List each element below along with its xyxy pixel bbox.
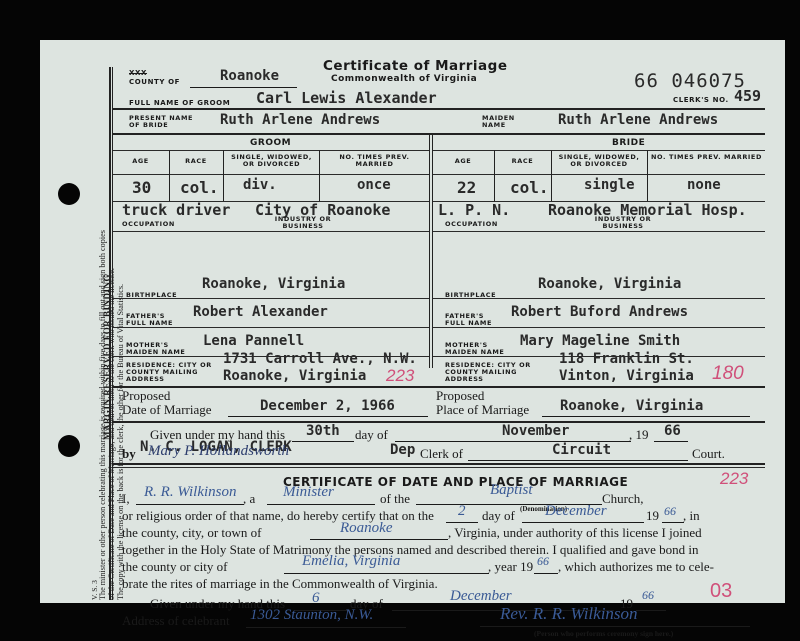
ceremony-day-underline	[446, 522, 478, 523]
bride-residence-line2: Vinton, Virginia	[559, 368, 694, 384]
dep-label: Dep	[390, 442, 415, 458]
bride-maiden-name: Ruth Arlene Andrews	[558, 112, 718, 128]
groom-header: GROOM	[250, 138, 291, 148]
groom-occupation-label: Occupation	[122, 221, 175, 228]
bride-times-label: No. Times Prev. Married	[648, 154, 765, 161]
ceremony-code-bottom: 03	[710, 580, 732, 603]
celebrant-signature: Rev. R. R. Wilkinson	[500, 604, 638, 624]
col-divider	[319, 150, 320, 201]
court-label: Court.	[692, 446, 725, 462]
center-divider	[429, 135, 430, 368]
bride-race: col.	[510, 178, 549, 197]
ceremony-given-day: 6	[312, 590, 320, 607]
groom-age: 30	[132, 178, 151, 197]
bride-occupation: L. P. N.	[438, 201, 510, 219]
col-divider	[494, 150, 495, 201]
margin-instructions-1: The minister or other person celebrating…	[98, 230, 107, 600]
groom-industry-label: Industry or Business	[268, 216, 338, 230]
address-underline	[246, 627, 406, 628]
groom-birthplace: Roanoke, Virginia	[202, 276, 345, 292]
celebrant-address-label: Address of celebrant	[122, 613, 230, 629]
rule	[113, 327, 429, 328]
ceremony-line6: brate the rites of marriage in the Commo…	[122, 576, 438, 592]
bride-maiden-name-label: Maiden Name	[482, 115, 522, 129]
bride-header: BRIDE	[612, 138, 645, 148]
place-underline	[542, 416, 750, 417]
county-value: Roanoke	[220, 68, 279, 84]
license-year-prefix: , 19	[629, 427, 649, 443]
bride-father-label: Father's Full Name	[445, 313, 495, 327]
groom-mother-label: Mother's Maiden Name	[126, 342, 196, 356]
county-struck-label: XXX	[129, 70, 147, 77]
ceremony-month: December	[545, 503, 607, 520]
day-underline	[292, 441, 354, 442]
ceremony-line4: together in the Holy State of Matrimony …	[122, 542, 699, 558]
proposed-date: December 2, 1966	[260, 398, 395, 414]
groom-status: div.	[243, 177, 277, 193]
signature-label: (Person who performs ceremony sign here.…	[534, 629, 673, 638]
groom-status-label: Single, Widowed, or Divorced	[224, 154, 319, 168]
ceremony-in: , in	[683, 508, 700, 524]
certificate-title: Certificate of Marriage	[323, 58, 508, 74]
deputy-signature: Mary P. Hollandsworth	[148, 443, 289, 460]
rule	[113, 298, 429, 299]
margin-rule	[109, 67, 111, 600]
bride-times: none	[687, 177, 721, 193]
groom-times: once	[357, 177, 391, 193]
col-divider	[223, 150, 224, 201]
rule	[433, 298, 765, 299]
margin-rule-inner	[112, 67, 113, 600]
bride-birthplace: Roanoke, Virginia	[538, 276, 681, 292]
ceremony-year-prefix: 19	[646, 508, 659, 524]
bride-industry-label: Industry or Business	[588, 216, 658, 230]
ceremony-line3-suffix: , Virginia, under authority of this lice…	[448, 525, 702, 541]
rule	[113, 108, 765, 110]
court-underline	[468, 460, 688, 461]
rule	[433, 150, 765, 151]
proposed-place-label-2: Place of Marriage	[436, 402, 529, 418]
groom-residence-code: 223	[386, 366, 414, 386]
bride-occupation-label: Occupation	[445, 221, 498, 228]
bride-status: single	[584, 177, 635, 193]
county-label: County of	[129, 79, 180, 86]
bride-residence-label: Residence: City or County Mailing Addres…	[445, 362, 535, 383]
proposed-date-label-2: Date of Marriage	[122, 402, 212, 418]
proposed-place: Roanoke, Virginia	[560, 398, 703, 414]
col-divider	[169, 150, 170, 201]
rule	[113, 174, 429, 175]
bride-status-label: Single, Widowed, or Divorced	[552, 154, 646, 168]
ceremony-code-top: 223	[720, 469, 748, 489]
bride-mother-label: Mother's Maiden Name	[445, 342, 515, 356]
groom-residence-line2: Roanoke, Virginia	[223, 368, 366, 384]
court-name: Circuit	[552, 442, 611, 458]
certificate-number: 66 046075	[634, 70, 746, 92]
bond-county: Emelia, Virginia	[302, 553, 400, 570]
center-divider-inner	[432, 135, 433, 368]
ceremony-line5-suffix: , which authorizes me to cele-	[558, 559, 714, 575]
bride-present-name-label: Present Name of Bride	[129, 115, 199, 129]
groom-race-label: Race	[170, 158, 222, 165]
groom-residence-line1: 1731 Carroll Ave., N.W.	[223, 351, 417, 367]
bride-residence-code: 180	[712, 363, 744, 385]
col-divider	[647, 150, 648, 201]
date-underline	[228, 416, 428, 417]
rule	[113, 231, 429, 232]
bride-age-label: Age	[433, 158, 493, 165]
groom-residence-label: Residence: City or County Mailing Addres…	[126, 362, 216, 383]
rule	[113, 467, 765, 468]
rule	[433, 231, 765, 232]
ceremony-year: 66	[664, 504, 676, 519]
ceremony-line3-prefix: the county, city, or town of	[122, 525, 261, 541]
ceremony-day: 2	[458, 503, 466, 520]
ceremony-month-underline	[522, 522, 644, 523]
celebrant-address: 1302 Staunton, N.W.	[250, 607, 373, 624]
of-the-label: of the	[380, 491, 410, 507]
binding-hole-top	[58, 183, 80, 205]
groom-mother: Lena Pannell	[203, 333, 304, 349]
role-underline	[267, 504, 375, 505]
groom-father: Robert Alexander	[193, 304, 328, 320]
license-month: November	[502, 423, 569, 439]
groom-name-label: Full Name of Groom	[129, 100, 230, 107]
ceremony-day-of: day of	[482, 508, 515, 524]
groom-times-label: No. Times Prev. Married	[320, 154, 429, 168]
groom-name: Carl Lewis Alexander	[256, 89, 437, 107]
bond-year-underline	[534, 573, 558, 574]
clerk-no-label: Clerk's No.	[673, 97, 729, 104]
ceremony-title: CERTIFICATE OF DATE AND PLACE OF MARRIAG…	[283, 475, 628, 489]
ceremony-year-underline	[662, 522, 684, 523]
certificate-subtitle: Commonwealth of Virginia	[331, 74, 477, 84]
bride-mother: Mary Mageline Smith	[520, 333, 680, 349]
bride-race-label: Race	[495, 158, 550, 165]
marriage-certificate: V. S. 3 MARGIN RESERVED FOR BINDING The …	[40, 40, 785, 603]
denomination: Baptist	[490, 482, 533, 499]
a-label: , a	[243, 491, 255, 507]
groom-father-label: Father's Full Name	[126, 313, 176, 327]
rule	[433, 174, 765, 175]
church-label: Church,	[602, 491, 644, 507]
binding-hole-bottom	[58, 435, 80, 457]
clerk-of-label: Clerk of	[420, 446, 463, 462]
ceremony-line5-mid: , year 19	[488, 559, 533, 575]
groom-occupation: truck driver	[122, 201, 230, 219]
rule	[433, 327, 765, 328]
county-underline	[190, 87, 297, 88]
bride-father: Robert Buford Andrews	[511, 304, 688, 320]
ceremony-given-month: December	[450, 588, 512, 605]
bond-year: 66	[537, 554, 549, 569]
license-day-of: day of	[355, 427, 388, 443]
given-year-underline	[636, 610, 666, 611]
by-label: by	[122, 446, 136, 462]
ceremony-line5-prefix: the county or city of	[122, 559, 227, 575]
i-label: I,	[122, 491, 130, 507]
bond-county-underline	[284, 573, 489, 574]
bride-present-name: Ruth Arlene Andrews	[220, 112, 380, 128]
year-underline	[654, 441, 688, 442]
license-day: 30th	[306, 423, 340, 439]
rule	[113, 133, 765, 135]
town-underline	[310, 539, 448, 540]
license-year: 66	[664, 423, 681, 439]
officiant-underline	[136, 504, 244, 505]
rule	[113, 463, 765, 465]
bride-residence-line1: 118 Franklin St.	[559, 351, 694, 367]
ceremony-town: Roanoke	[340, 520, 392, 537]
officiant-role: Minister	[283, 484, 334, 501]
col-divider	[551, 150, 552, 201]
ceremony-given-year: 66	[642, 588, 654, 603]
clerk-no-value: 459	[734, 87, 761, 105]
groom-race: col.	[180, 178, 219, 197]
rule	[113, 150, 429, 151]
officiant-name: R. R. Wilkinson	[144, 484, 237, 501]
bride-age: 22	[457, 178, 476, 197]
signature-underline	[480, 626, 750, 627]
groom-age-label: Age	[113, 158, 168, 165]
